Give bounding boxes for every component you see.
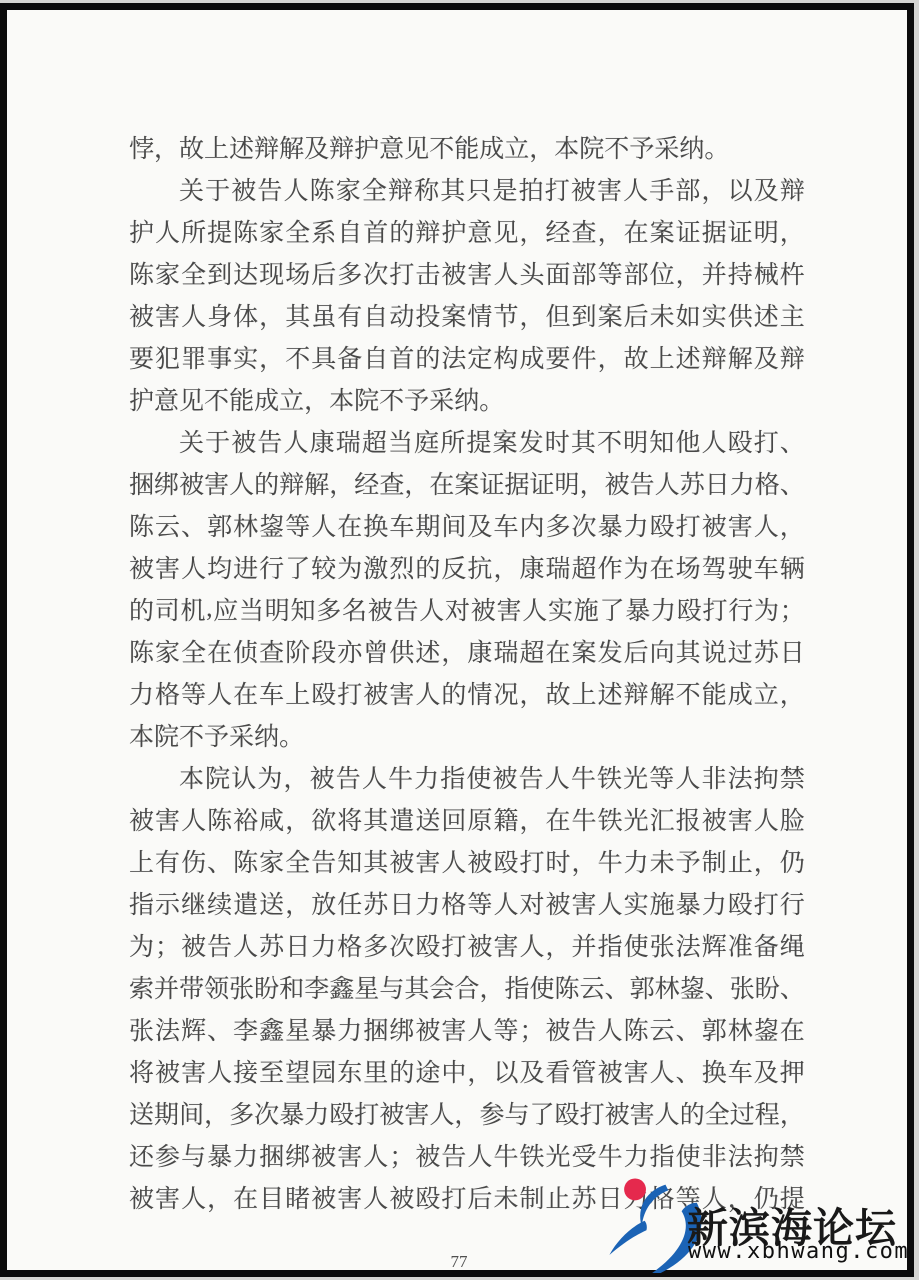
text-line: 还参与暴力捆绑被害人；被告人牛铁光受牛力指使非法拘禁 <box>129 1134 805 1176</box>
text-line: 陈家全在侦查阶段亦曾供述，康瑞超在案发后向其说过苏日 <box>129 630 805 672</box>
text-line: 被害人陈裕咸，欲将其遣送回原籍，在牛铁光汇报被害人脸 <box>129 798 805 840</box>
text-line: 被害人均进行了较为激烈的反抗，康瑞超作为在场驾驶车辆 <box>129 546 805 588</box>
screenshot-root: 悖，故上述辩解及辩护意见不能成立，本院不予采纳。关于被告人陈家全辩称其只是拍打被… <box>0 0 919 1280</box>
text-line: 护人所提陈家全系自首的辩护意见，经查，在案证据证明， <box>129 210 805 252</box>
text-line: 悖，故上述辩解及辩护意见不能成立，本院不予采纳。 <box>129 126 805 168</box>
text-line: 的司机,应当明知多名被告人对被害人实施了暴力殴打行为； <box>129 588 805 630</box>
text-line: 本院认为，被告人牛力指使被告人牛铁光等人非法拘禁 <box>129 756 805 798</box>
text-line: 本院不予采纳。 <box>129 714 805 756</box>
judgment-text: 悖，故上述辩解及辩护意见不能成立，本院不予采纳。关于被告人陈家全辩称其只是拍打被… <box>129 126 805 1218</box>
page-number: 77 <box>429 1252 489 1272</box>
text-line: 上有伤、陈家全告知其被害人被殴打时，牛力未予制止，仍 <box>129 840 805 882</box>
text-line: 关于被告人陈家全辩称其只是拍打被害人手部，以及辩 <box>129 168 805 210</box>
watermark: 新滨海论坛 www.xbhwang.com <box>600 1178 916 1276</box>
text-line: 张法辉、李鑫星暴力捆绑被害人等；被告人陈云、郭林鋆在 <box>129 1008 805 1050</box>
text-line: 关于被告人康瑞超当庭所提案发时其不明知他人殴打、 <box>129 420 805 462</box>
text-line: 力格等人在车上殴打被害人的情况，故上述辩解不能成立， <box>129 672 805 714</box>
watermark-site-url: www.xbhwang.com <box>688 1239 909 1264</box>
text-line: 护意见不能成立，本院不予采纳。 <box>129 378 805 420</box>
text-line: 要犯罪事实，不具备自首的法定构成要件，故上述辩解及辩 <box>129 336 805 378</box>
text-line: 送期间，多次暴力殴打被害人，参与了殴打被害人的全过程， <box>129 1092 805 1134</box>
text-line: 被害人身体，其虽有自动投案情节，但到案后未如实供述主 <box>129 294 805 336</box>
text-line: 陈云、郭林鋆等人在换车期间及车内多次暴力殴打被害人， <box>129 504 805 546</box>
text-line: 将被害人接至望园东里的途中，以及看管被害人、换车及押 <box>129 1050 805 1092</box>
text-line: 陈家全到达现场后多次打击被害人头面部等部位，并持械杵 <box>129 252 805 294</box>
text-line: 索并带领张盼和李鑫星与其会合，指使陈云、郭林鋆、张盼、 <box>129 966 805 1008</box>
text-line: 指示继续遣送，放任苏日力格等人对被害人实施暴力殴打行 <box>129 882 805 924</box>
text-line: 捆绑被害人的辩解，经查，在案证据证明，被告人苏日力格、 <box>129 462 805 504</box>
scanned-page: 悖，故上述辩解及辩护意见不能成立，本院不予采纳。关于被告人陈家全辩称其只是拍打被… <box>0 3 914 1277</box>
text-line: 为；被告人苏日力格多次殴打被害人，并指使张法辉准备绳 <box>129 924 805 966</box>
